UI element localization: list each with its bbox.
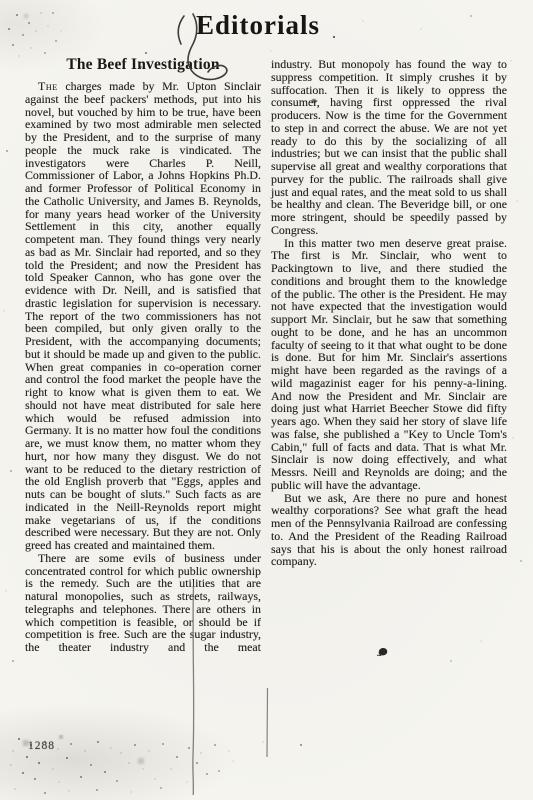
scan-noise-top-left (0, 0, 2, 2)
page-title: Editorials (0, 10, 516, 41)
article-paragraph: The charges made by Mr. Upton Sinclair a… (25, 80, 261, 552)
scan-noise-scattered (0, 0, 2, 2)
pencil-line-gutter-icon (267, 688, 268, 757)
scan-noise-bottom-left (0, 0, 2, 2)
end-ornament-icon (377, 644, 389, 655)
scanned-magazine-page: Editorials The Beef Investigation The ch… (0, 0, 533, 800)
article-paragraph: But we ask, Are there no pure and honest… (271, 492, 507, 569)
left-column: The Beef Investigation The charges made … (25, 56, 261, 654)
page-number: 1288 (28, 740, 55, 752)
article-body: The Beef Investigation The charges made … (25, 56, 507, 654)
article-paragraph: There are some evils of business under c… (25, 552, 261, 654)
right-column: industry. But monopoly has found the way… (271, 56, 507, 654)
article-heading: The Beef Investigation (25, 56, 261, 74)
paragraph-text: charges made by Mr. Upton Sinclair again… (25, 79, 261, 552)
article-paragraph: In this matter two men deserve great pra… (271, 237, 507, 492)
article-paragraph: industry. But monopoly has found the way… (271, 58, 507, 237)
